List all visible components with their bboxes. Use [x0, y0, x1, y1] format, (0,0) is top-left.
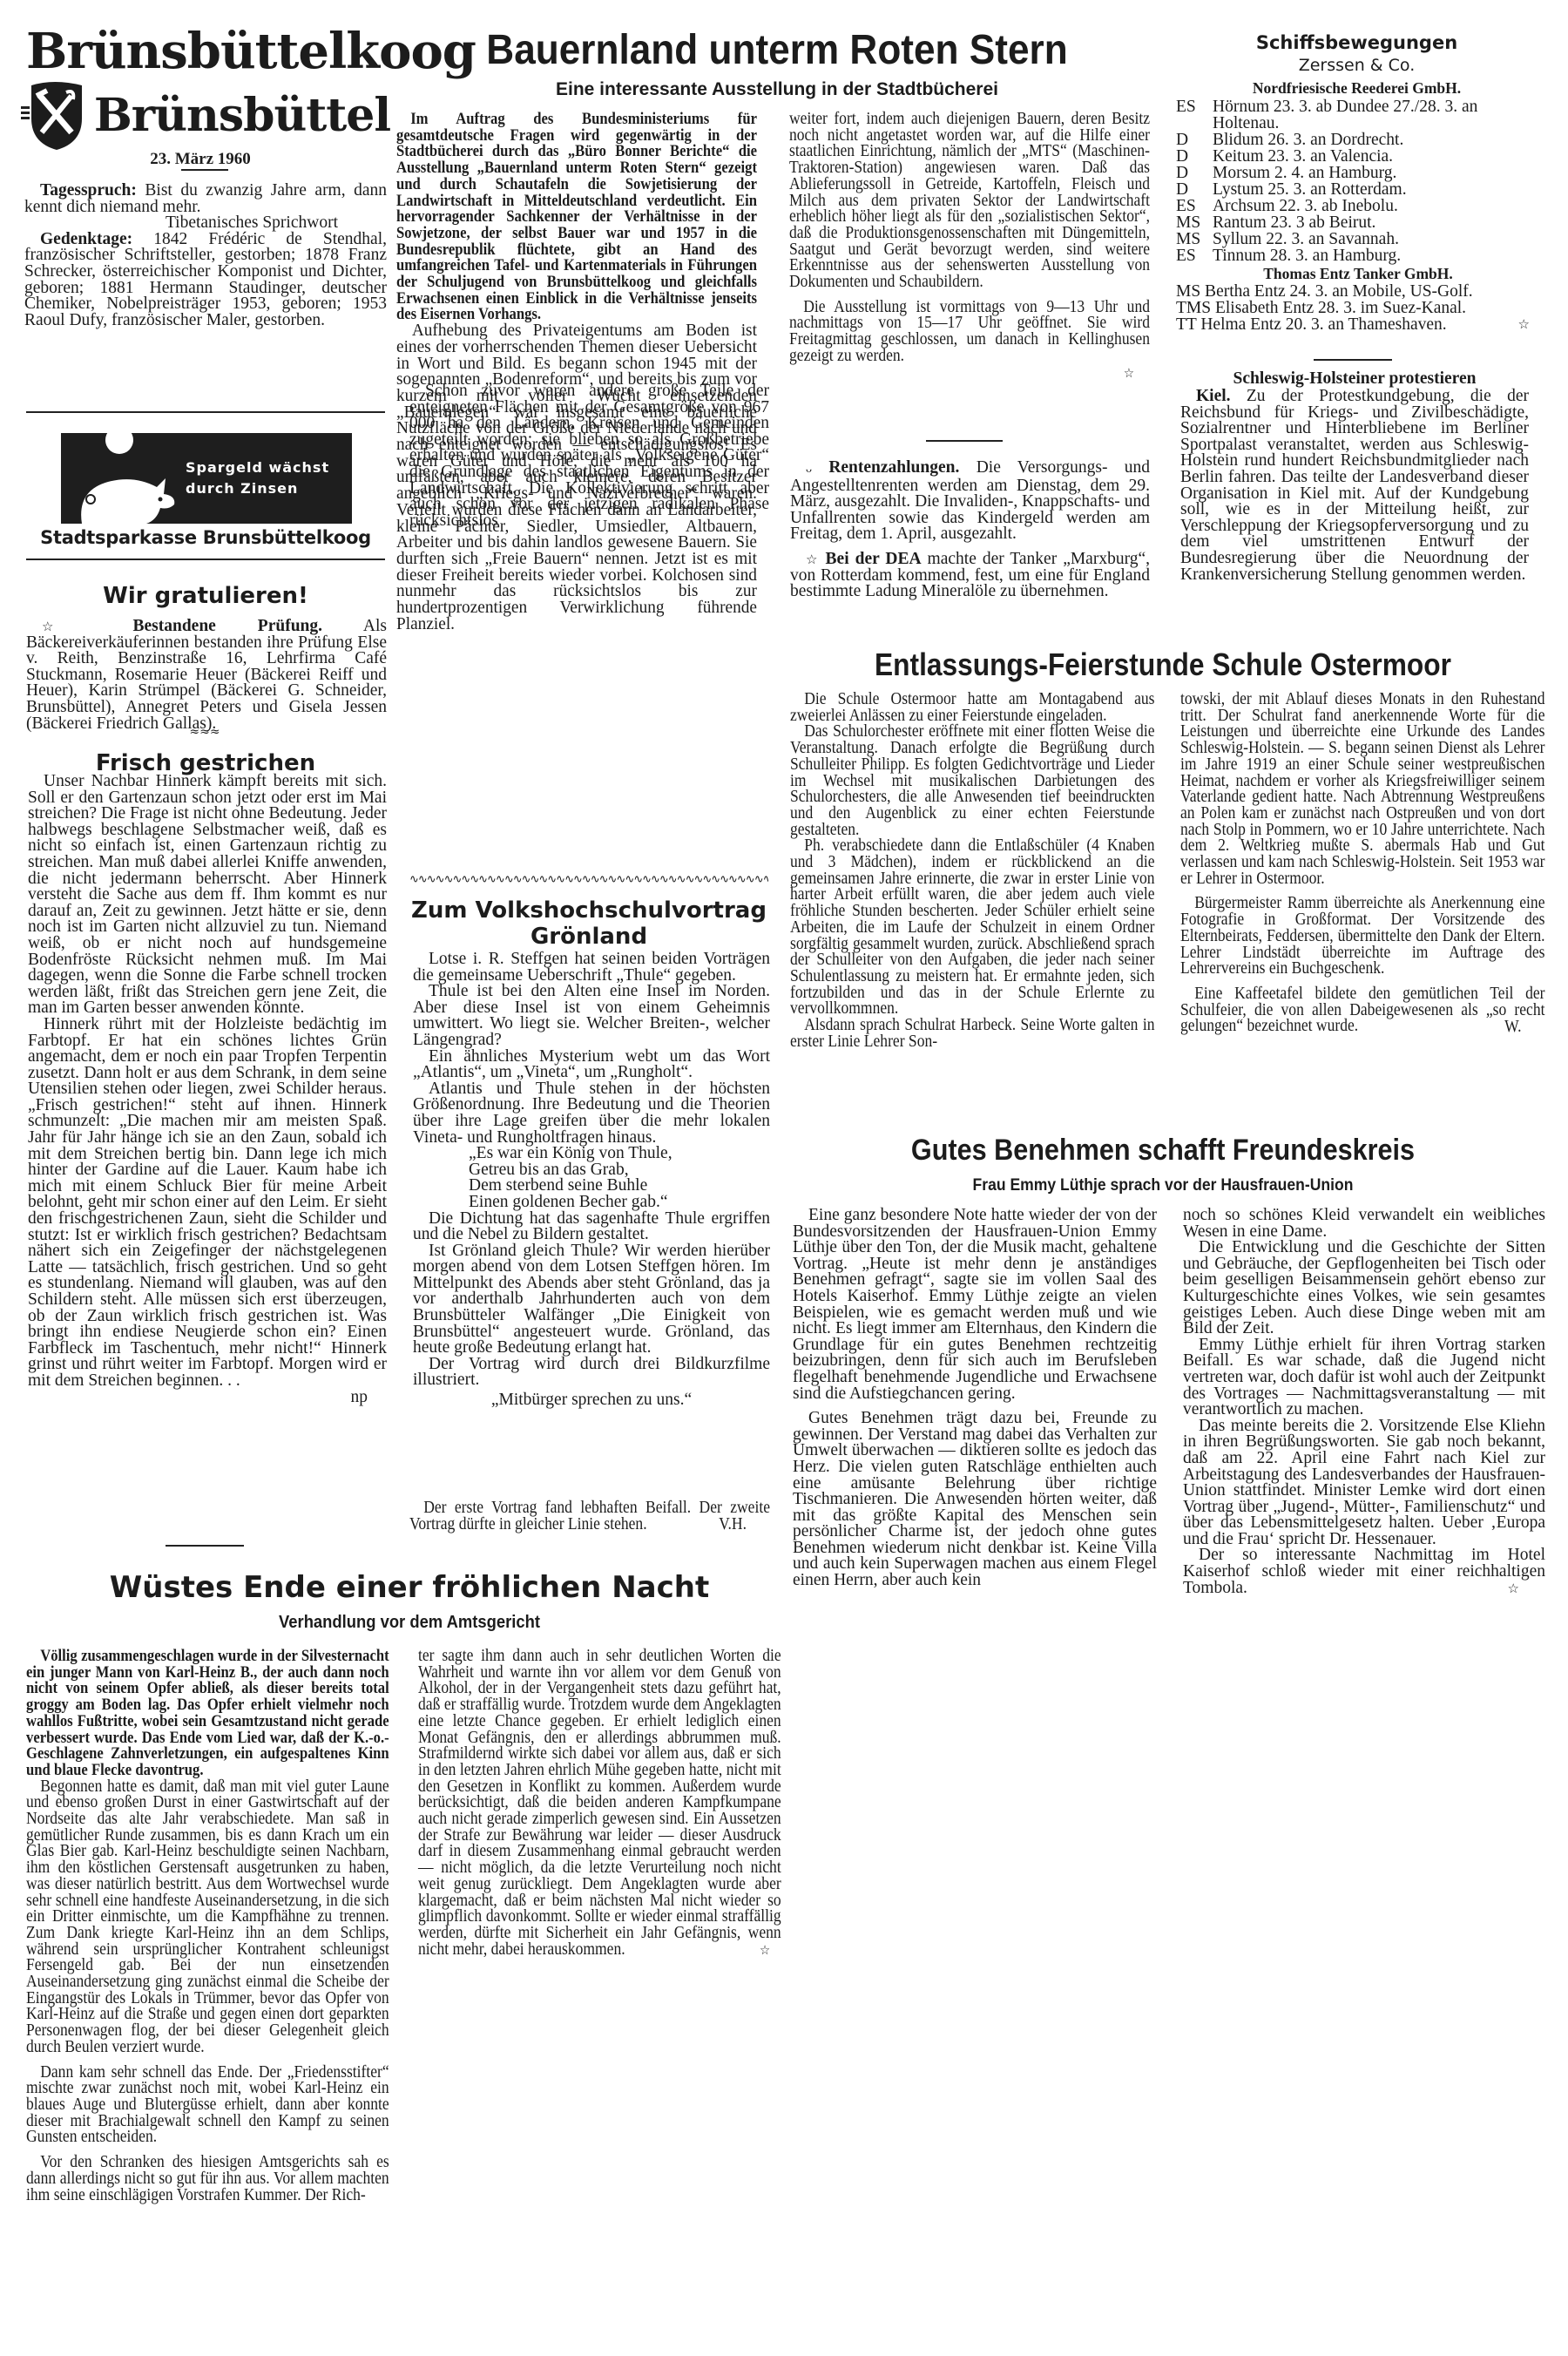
- ornamental-border: ∿∿∿∿∿∿∿∿∿∿∿∿∿∿∿∿∿∿∿∿∿∿∿∿∿∿∿∿∿∿∿∿∿∿∿∿∿∿∿∿…: [409, 874, 768, 886]
- wuestes-subtitle: Verhandlung vor dem Amtsgericht: [57, 1612, 762, 1633]
- gratulieren-text: ☆ Bestandene Prüfung. Als Bäckereiverkäu…: [26, 619, 387, 732]
- ship-row: DBlidum 26. 3. an Dordrecht.: [1176, 132, 1540, 148]
- ad-bank-name: Stadtsparkasse Brunsbüttelkoog: [26, 526, 385, 549]
- sparkasse-ad: Spargeld wächst durch Zinsen: [61, 433, 352, 524]
- coin-icon: [105, 426, 133, 454]
- ship-row: DLystum 25. 3. an Rotterdam.: [1176, 181, 1540, 198]
- wuestes-lead: Völlig zusammengeschlagen wurde in der S…: [26, 1649, 389, 1779]
- ostermoor-col1: Die Schule Ostermoor hatte am Montagaben…: [790, 692, 1155, 1050]
- bauernland-title: Bauernland unterm Roten Stern: [424, 26, 1130, 75]
- pension-icon: ᴗ: [806, 463, 812, 476]
- ship-row: TMS Elisabeth Entz 28. 3. im Suez-Kanal.: [1176, 300, 1540, 316]
- ad-slogan-line1: Spargeld wächst: [186, 459, 329, 476]
- groenland-closing: Der erste Vortrag fand lebhaften Beifall…: [409, 1500, 770, 1533]
- benehmen-col1: Eine ganz besondere Note hatte wieder de…: [793, 1208, 1157, 1589]
- ship-row: DKeitum 23. 3. an Valencia.: [1176, 148, 1540, 165]
- star-icon: ☆: [42, 619, 91, 634]
- protest-title: Schleswig-Holsteiner protestieren: [1172, 369, 1538, 389]
- ostermoor-title: Entlassungs-Feierstunde Schule Ostermoor: [834, 647, 1493, 683]
- coat-of-arms-icon: [21, 80, 87, 152]
- frisch-author: np: [28, 1390, 387, 1406]
- bauernland-col1: Im Auftrag des Bundesministeriums für ge…: [396, 112, 757, 633]
- wuestes-col1: Völlig zusammengeschlagen wurde in der S…: [26, 1649, 389, 2204]
- schiffe-agent: Zerssen & Co.: [1172, 56, 1542, 75]
- ship-row: DMorsum 2. 4. an Hamburg.: [1176, 165, 1540, 181]
- groenland-body: Lotse i. R. Steffgen hat seinen beiden V…: [413, 951, 770, 1412]
- date-underline: [181, 169, 228, 171]
- benehmen-subtitle: Frau Emmy Lüthje sprach vor der Hausfrau…: [826, 1175, 1500, 1195]
- ship-row: MSSyllum 22. 3. an Savannah.: [1176, 231, 1540, 247]
- frisch-body: Unser Nachbar Hinnerk kämpft bereits mit…: [28, 774, 387, 1405]
- benehmen-col2: noch so schönes Kleid verwandelt ein wei…: [1183, 1208, 1545, 1597]
- divider: [26, 411, 385, 413]
- schiffe-company2: Thomas Entz Tanker GmbH.: [1176, 264, 1540, 283]
- masthead-title-line2: Brünsbüttel: [94, 90, 390, 142]
- schiffe-company1: Nordfriesische Reederei GmbH.: [1172, 79, 1542, 98]
- schiffe-title: Schiffsbewegungen: [1172, 31, 1542, 54]
- divider: [926, 440, 1003, 442]
- wuestes-col2: ter sagte ihm dann auch in sehr deutlich…: [418, 1649, 781, 1959]
- bauernland-col1-cont: Schon zuvor waren andere große Teile der…: [409, 383, 769, 529]
- protest-body: Kiel. Zu der Protestkundgebung, die der …: [1180, 389, 1529, 583]
- ship-row: MSRantum 23. 3 ab Beirut.: [1176, 214, 1540, 231]
- star-icon: ☆: [1518, 316, 1540, 333]
- bauernland-subtitle: Eine interessante Ausstellung in der Sta…: [394, 78, 1160, 101]
- masthead-title-line1: Brünsbüttelkoog: [26, 24, 392, 78]
- ship-list-1: ESHörnum 23. 3. ab Dundee 27./28. 3. an …: [1176, 98, 1540, 333]
- star-icon: ☆: [789, 365, 1150, 382]
- poem: „Es war ein König von Thule, Getreu bis …: [413, 1146, 770, 1210]
- groenland-quote: „Mitbürger sprechen zu uns.“: [413, 1392, 770, 1409]
- divider: [166, 1545, 244, 1547]
- star-icon: ☆: [806, 552, 820, 567]
- wave-separator-icon: ≈≈≈: [183, 725, 226, 739]
- divider: [26, 559, 385, 560]
- gratulieren-title: Wir gratulieren!: [26, 582, 385, 610]
- ship-row: ESArchsum 22. 3. ab Inebolu.: [1176, 198, 1540, 214]
- groenland-title: Zum Volkshochschulvortrag Grönland: [409, 897, 768, 950]
- ship-row: TT Helma Entz 20. 3. an Thameshaven.☆: [1176, 316, 1540, 333]
- ship-row: MS Bertha Entz 24. 3. an Mobile, US-Golf…: [1176, 283, 1540, 300]
- bauernland-col2: weiter fort, indem auch diejenigen Bauer…: [789, 112, 1150, 381]
- ostermoor-col2: towski, der mit Ablauf dieses Monats in …: [1180, 692, 1545, 1036]
- wuestes-title: Wüstes Ende einer fröhlichen Nacht: [26, 1570, 793, 1605]
- ship-row: ESHörnum 23. 3. ab Dundee 27./28. 3. an …: [1176, 98, 1540, 132]
- divider: [1314, 359, 1392, 361]
- masthead: Brünsbüttelkoog Brünsbüttel: [26, 24, 392, 152]
- bauernland-lead: Im Auftrag des Bundesministeriums für ge…: [396, 112, 757, 323]
- issue-date: 23. März 1960: [131, 150, 270, 169]
- piggy-bank-icon: [73, 459, 178, 524]
- benehmen-title: Gutes Benehmen schafft Freundeskreis: [826, 1133, 1500, 1168]
- ship-row: ESTinnum 28. 3. an Hamburg.: [1176, 247, 1540, 264]
- ad-slogan-line2: durch Zinsen: [186, 480, 298, 497]
- tagesspruch-block: Tagesspruch: Bist du zwanzig Jahre arm, …: [24, 183, 387, 328]
- notices: ᴗ Rentenzahlungen. Die Versorgungs- und …: [790, 460, 1150, 600]
